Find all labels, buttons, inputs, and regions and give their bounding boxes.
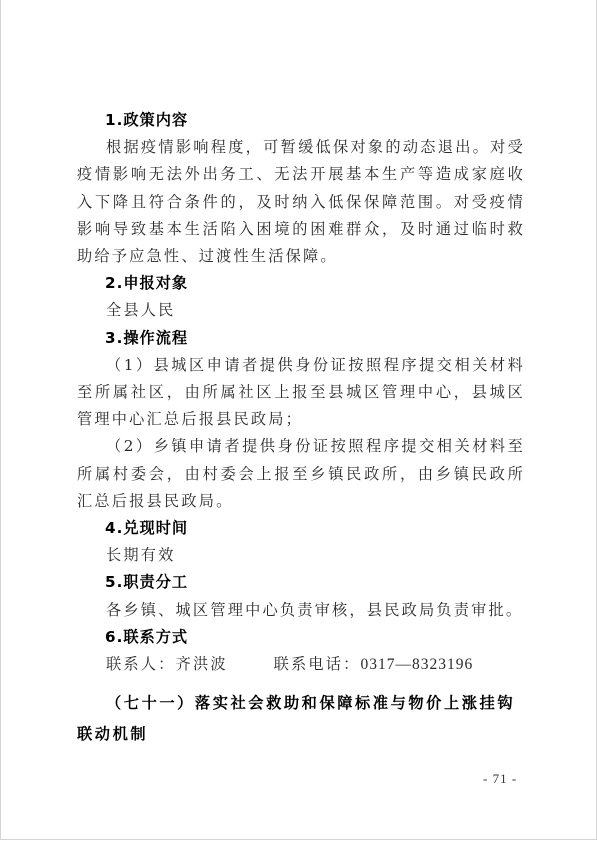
contact-phone-number: 0317—8323196 <box>361 651 474 678</box>
next-section-title: （七十一）落实社会救助和保障标准与物价上涨挂钩联动机制 <box>77 688 529 750</box>
page-number: - 71 - <box>483 771 517 787</box>
procedure-step-2: （2）乡镇申请者提供身份证按照程序提交相关材料至所属村委会，由村委会上报至乡镇民… <box>77 433 525 515</box>
contact-person-name: 齐洪波 <box>176 651 274 678</box>
fulfillment-time-text: 长期有效 <box>77 542 525 569</box>
contact-person-label: 联系人： <box>106 651 176 678</box>
document-page: 1.政策内容 根据疫情影响程度，可暂缓低保对象的动态退出。对受疫情影响无法外出务… <box>0 0 597 840</box>
section-heading-responsibilities: 5.职责分工 <box>77 569 525 596</box>
policy-content-paragraph: 根据疫情影响程度，可暂缓低保对象的动态退出。对受疫情影响无法外出务工、无法开展基… <box>77 134 525 270</box>
applicants-text: 全县人民 <box>77 297 525 324</box>
section-heading-procedure: 3.操作流程 <box>77 325 525 352</box>
contact-phone-label: 联系电话： <box>274 651 361 678</box>
procedure-step-1: （1）县城区申请者提供身份证按照程序提交相关材料至所属社区，由所属社区上报至县城… <box>77 352 525 434</box>
document-body: 1.政策内容 根据疫情影响程度，可暂缓低保对象的动态退出。对受疫情影响无法外出务… <box>77 107 525 678</box>
responsibilities-text: 各乡镇、城区管理中心负责审核，县民政局负责审批。 <box>77 597 525 624</box>
section-heading-policy-content: 1.政策内容 <box>77 107 525 134</box>
section-heading-applicants: 2.申报对象 <box>77 270 525 297</box>
contact-info: 联系人：齐洪波联系电话：0317—8323196 <box>77 651 525 678</box>
section-heading-contact: 6.联系方式 <box>77 624 525 651</box>
section-heading-fulfillment-time: 4.兑现时间 <box>77 515 525 542</box>
